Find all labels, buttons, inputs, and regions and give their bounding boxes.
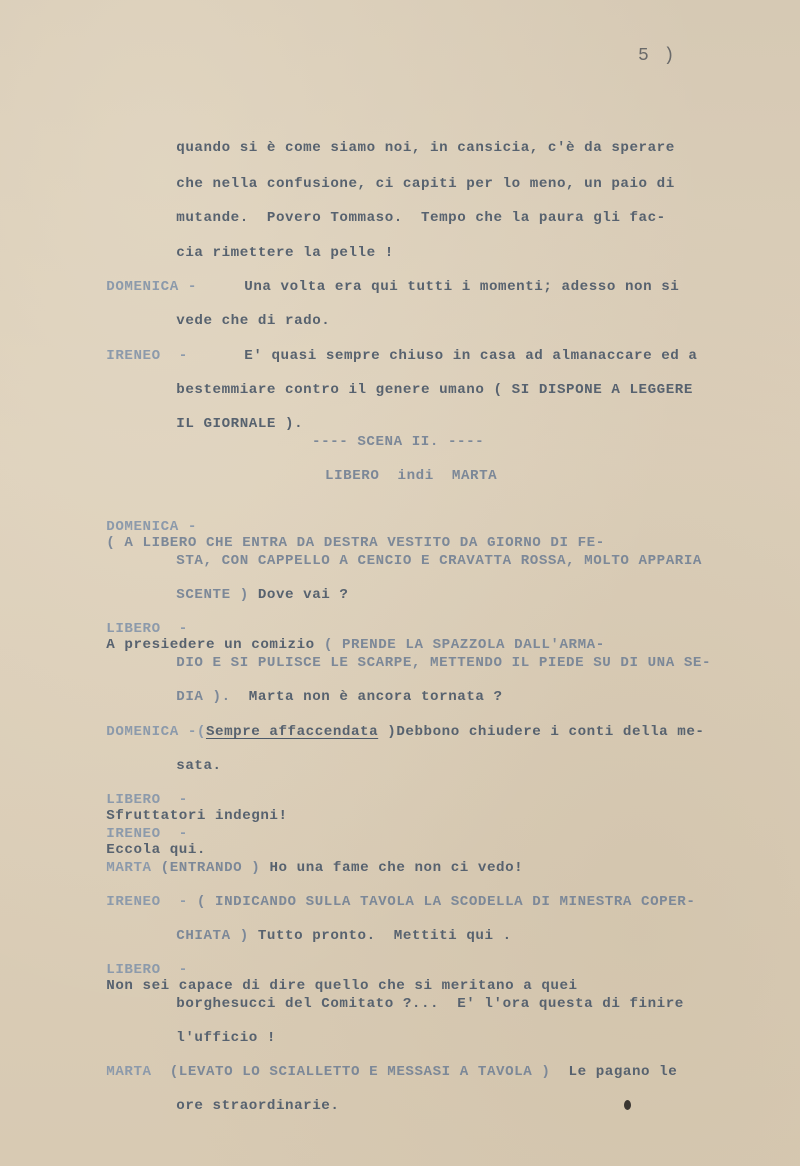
- line-text: )Debbono chiudere i conti della me-: [378, 724, 704, 740]
- ink-speck: [624, 1100, 631, 1110]
- stage-direction: ( INDICANDO SULLA TAVOLA LA SCODELLA DI …: [188, 894, 696, 910]
- speaker-name: IRENEO -: [106, 348, 188, 364]
- line-text: mutande. Povero Tommaso. Tempo che la pa…: [176, 210, 665, 226]
- speaker-name: MARTA: [106, 860, 151, 876]
- line-text: borghesucci del Comitato ?... E' l'ora q…: [176, 996, 684, 1012]
- line-text: cia rimettere la pelle !: [176, 245, 394, 261]
- speaker-name: LIBERO -: [106, 621, 188, 637]
- line-text: Ho una fame che non ci vedo!: [260, 860, 523, 876]
- line-text: vede che di rado.: [176, 313, 330, 329]
- speaker-name: DOMENICA -: [106, 519, 197, 535]
- stage-direction: (ENTRANDO ): [152, 860, 261, 876]
- speaker-name: DOMENICA -(: [106, 724, 206, 740]
- line-text: ore straordinarie.: [176, 1098, 339, 1114]
- speaker-name: LIBERO -: [106, 962, 188, 978]
- line-text: l'ufficio !: [176, 1030, 276, 1046]
- stage-direction: SCENTE ): [176, 587, 249, 603]
- speaker-name: IRENEO -: [106, 894, 188, 910]
- scene-characters: LIBERO indi MARTA: [325, 468, 497, 484]
- stage-direction: DIO E SI PULISCE LE SCARPE, METTENDO IL …: [176, 655, 711, 671]
- stage-direction: CHIATA ): [176, 928, 249, 944]
- stage-direction: STA, CON CAPPELLO A CENCIO E CRAVATTA RO…: [176, 553, 702, 569]
- line-text: Una volta era qui tutti i momenti; adess…: [244, 279, 679, 295]
- stage-direction: DIA ).: [176, 689, 230, 705]
- speaker-name: LIBERO -: [106, 792, 188, 808]
- line-text: sata.: [176, 758, 221, 774]
- line-text: bestemmiare contro il genere umano ( SI …: [176, 382, 693, 398]
- page-number: 5 ): [638, 46, 676, 66]
- line-text: quando si è come siamo noi, in cansicia,…: [176, 140, 675, 156]
- line-text: Dove vai ?: [249, 587, 349, 603]
- stage-direction: (LEVATO LO SCIALLETTO E MESSASI A TAVOLA…: [152, 1064, 551, 1080]
- line-text: E' quasi sempre chiuso in casa ad almana…: [244, 348, 697, 364]
- speaker-name: IRENEO -: [106, 826, 188, 842]
- line-text: che nella confusione, ci capiti per lo m…: [176, 176, 675, 192]
- line-text: Marta non è ancora tornata ?: [231, 689, 503, 705]
- scene-title: ---- SCENA II. ----: [312, 434, 484, 450]
- speaker-name: DOMENICA -: [106, 279, 197, 295]
- dialogue-line: ore straordinarie.: [140, 1082, 339, 1130]
- dialogue-line: IL GIORNALE ).: [140, 400, 303, 448]
- line-text: Tutto pronto. Mettiti qui .: [249, 928, 512, 944]
- underlined-direction: Sempre affaccendata: [206, 724, 378, 740]
- line-text: Le pagano le: [550, 1064, 677, 1080]
- speaker-name: MARTA: [106, 1064, 151, 1080]
- line-text: IL GIORNALE ).: [176, 416, 303, 432]
